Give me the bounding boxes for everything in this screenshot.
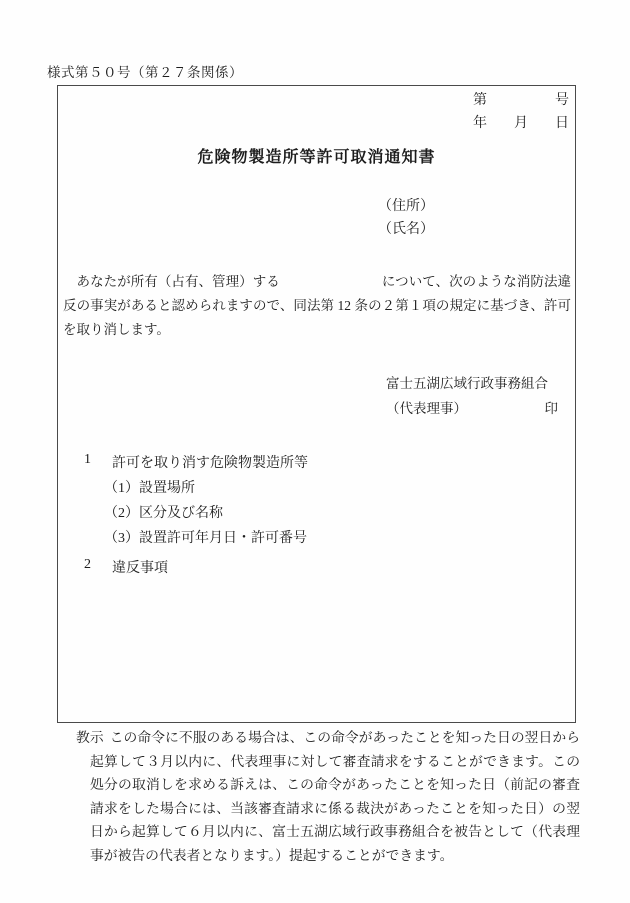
appeal-notice-text: この命令に不服のある場合は、この命令があったことを知った日の翌日から起算して３月… — [90, 730, 580, 863]
recipient-name-label: （氏名） — [378, 218, 434, 238]
date-year-label: 年 — [473, 112, 487, 132]
seal-mark: 印 — [545, 396, 559, 421]
body-text-before-blank: あなたが所有（占有、管理）する — [63, 274, 280, 289]
representative-label: （代表理事） — [386, 396, 467, 421]
list-subitem-3: （3）設置許可年月日・許可番号 — [104, 527, 307, 547]
recipient-address-label: （住所） — [378, 195, 434, 215]
appeal-notice-label: 教示 — [76, 730, 104, 745]
document-page: 様式第５０号（第２７条関係） 第 号 年 月 日 危険物製造所等許可取消通知書 … — [0, 0, 630, 903]
list-subitem-1: （1）設置場所 — [104, 477, 195, 497]
document-border-box: 第 号 年 月 日 危険物製造所等許可取消通知書 （住所） （氏名） あなたが所… — [57, 85, 576, 723]
list-item-2-number: 2 — [84, 557, 112, 577]
form-number-label: 様式第５０号（第２７条関係） — [47, 61, 243, 81]
sender-block: 富士五湖広域行政事務組合 （代表理事） 印 — [386, 371, 558, 421]
sender-representative-line: （代表理事） 印 — [386, 396, 558, 421]
date-line: 年 月 日 — [473, 112, 569, 132]
date-day-label: 日 — [555, 112, 569, 132]
sender-organization: 富士五湖広域行政事務組合 — [386, 371, 558, 396]
list-item-1-number: 1 — [84, 452, 112, 472]
appeal-notice: 教示この命令に不服のある場合は、この命令があったことを知った日の翌日から起算して… — [76, 726, 580, 867]
body-paragraph: あなたが所有（占有、管理）するについて、次のような消防法違反の事実があると認めら… — [63, 270, 571, 342]
list-item-1-title: 許可を取り消す危険物製造所等 — [112, 452, 308, 472]
document-number-line: 第 号 — [473, 89, 569, 109]
doc-number-prefix: 第 — [473, 89, 487, 109]
date-month-label: 月 — [514, 112, 528, 132]
document-title: 危険物製造所等許可取消通知書 — [58, 144, 575, 167]
list-item-2: 2 違反事項 — [84, 557, 168, 577]
list-item-1: 1 許可を取り消す危険物製造所等 — [84, 452, 308, 472]
list-item-2-title: 違反事項 — [112, 557, 168, 577]
doc-number-suffix: 号 — [555, 89, 569, 109]
list-subitem-2: （2）区分及び名称 — [104, 502, 223, 522]
